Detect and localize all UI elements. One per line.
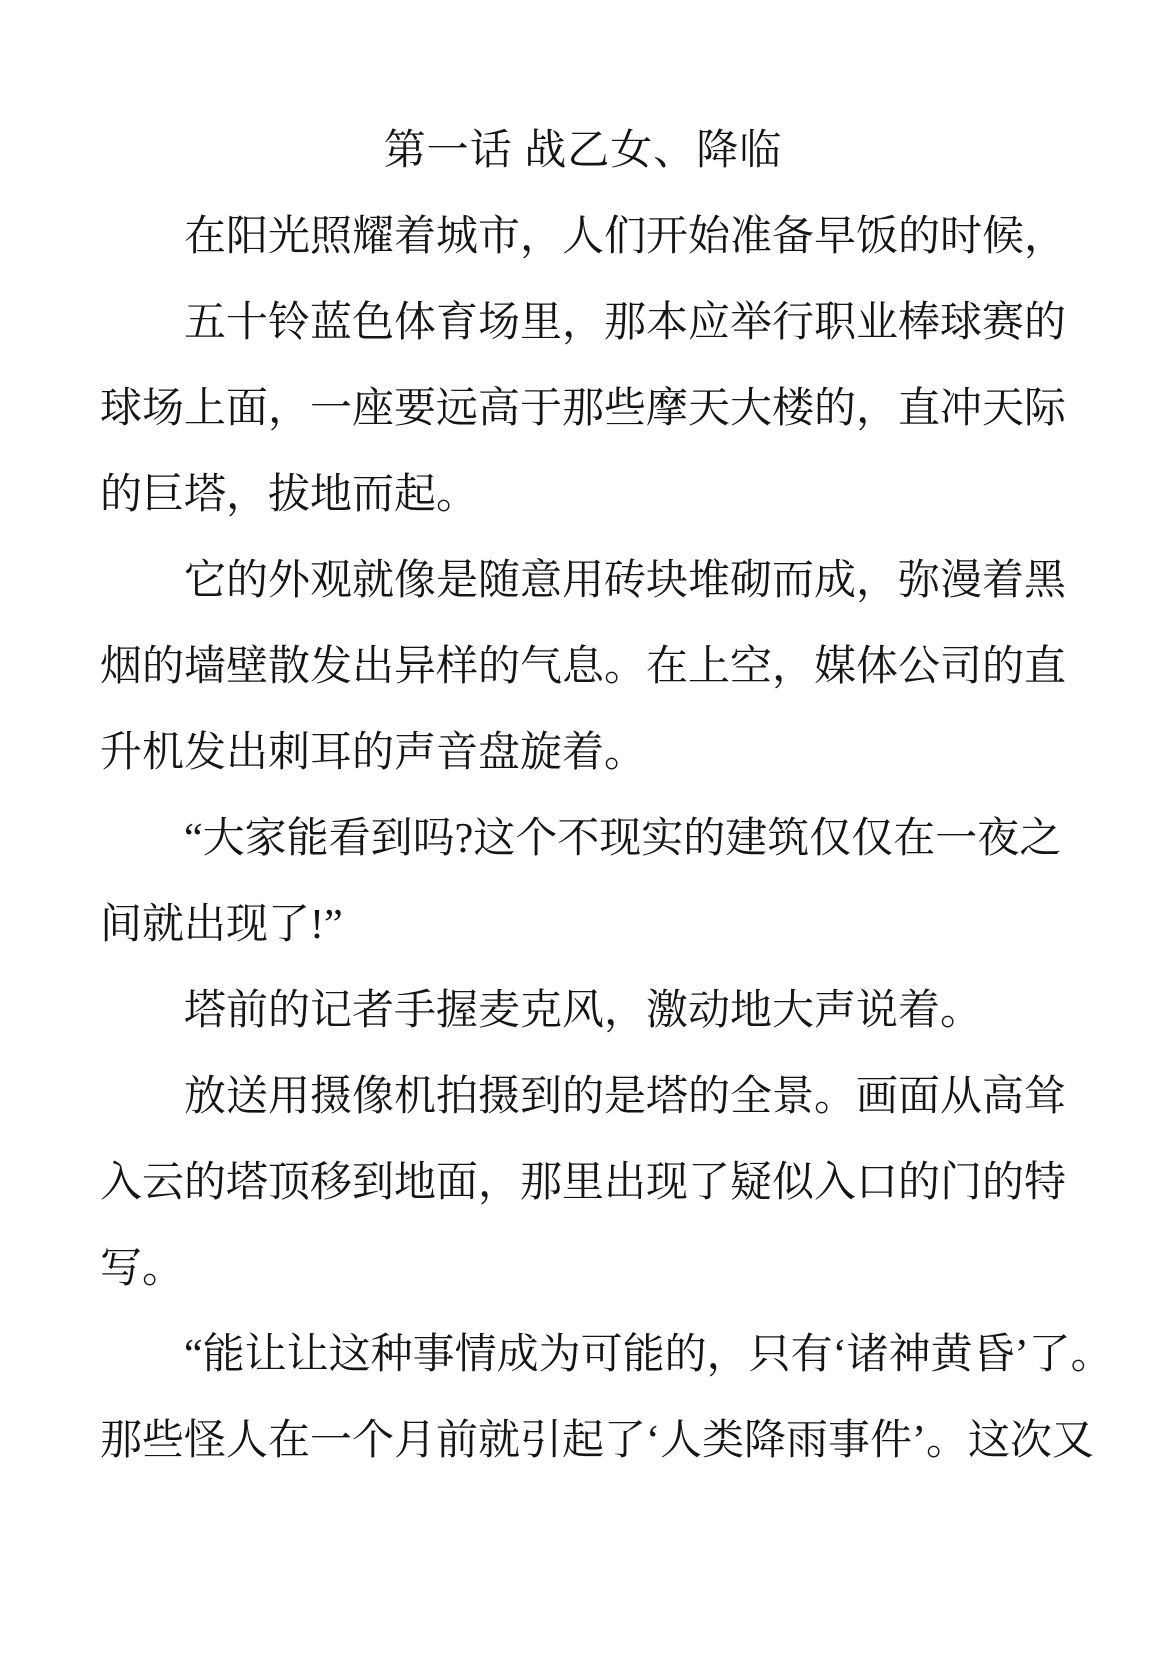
document-page: 第一话 战乙女、降临 在阳光照耀着城市，人们开始准备早饭的时候，五十铃蓝色体育场… (0, 0, 1166, 1654)
text-line: 的巨塔，拔地而起。 (100, 452, 1066, 538)
text-line: 它的外观就像是随意用砖块堆砌而成，弥漫着黑 (100, 538, 1066, 624)
text-line: 入云的塔顶移到地面，那里出现了疑似入口的门的特 (100, 1140, 1066, 1226)
text-line: 塔前的记者手握麦克风，激动地大声说着。 (100, 968, 1066, 1054)
chapter-title: 第一话 战乙女、降临 (100, 108, 1066, 194)
text-line: 球场上面，一座要远高于那些摩天大楼的，直冲天际 (100, 366, 1066, 452)
text-line: 放送用摄像机拍摄到的是塔的全景。画面从高耸 (100, 1054, 1066, 1140)
text-line: 升机发出刺耳的声音盘旋着。 (100, 710, 1066, 796)
page-content: 第一话 战乙女、降临 在阳光照耀着城市，人们开始准备早饭的时候，五十铃蓝色体育场… (0, 0, 1166, 1484)
text-line: 那些怪人在一个月前就引起了‘人类降雨事件’。这次又 (100, 1398, 1066, 1484)
body-text: 在阳光照耀着城市，人们开始准备早饭的时候，五十铃蓝色体育场里，那本应举行职业棒球… (100, 194, 1066, 1484)
text-line: 在阳光照耀着城市，人们开始准备早饭的时候， (100, 194, 1066, 280)
text-line: “大家能看到吗?这个不现实的建筑仅仅在一夜之 (100, 796, 1066, 882)
text-line: 间就出现了!” (100, 882, 1066, 968)
text-line: “能让让这种事情成为可能的，只有‘诸神黄昏’了。 (100, 1312, 1066, 1398)
text-line: 烟的墙壁散发出异样的气息。在上空，媒体公司的直 (100, 624, 1066, 710)
text-line: 写。 (100, 1226, 1066, 1312)
text-line: 五十铃蓝色体育场里，那本应举行职业棒球赛的 (100, 280, 1066, 366)
